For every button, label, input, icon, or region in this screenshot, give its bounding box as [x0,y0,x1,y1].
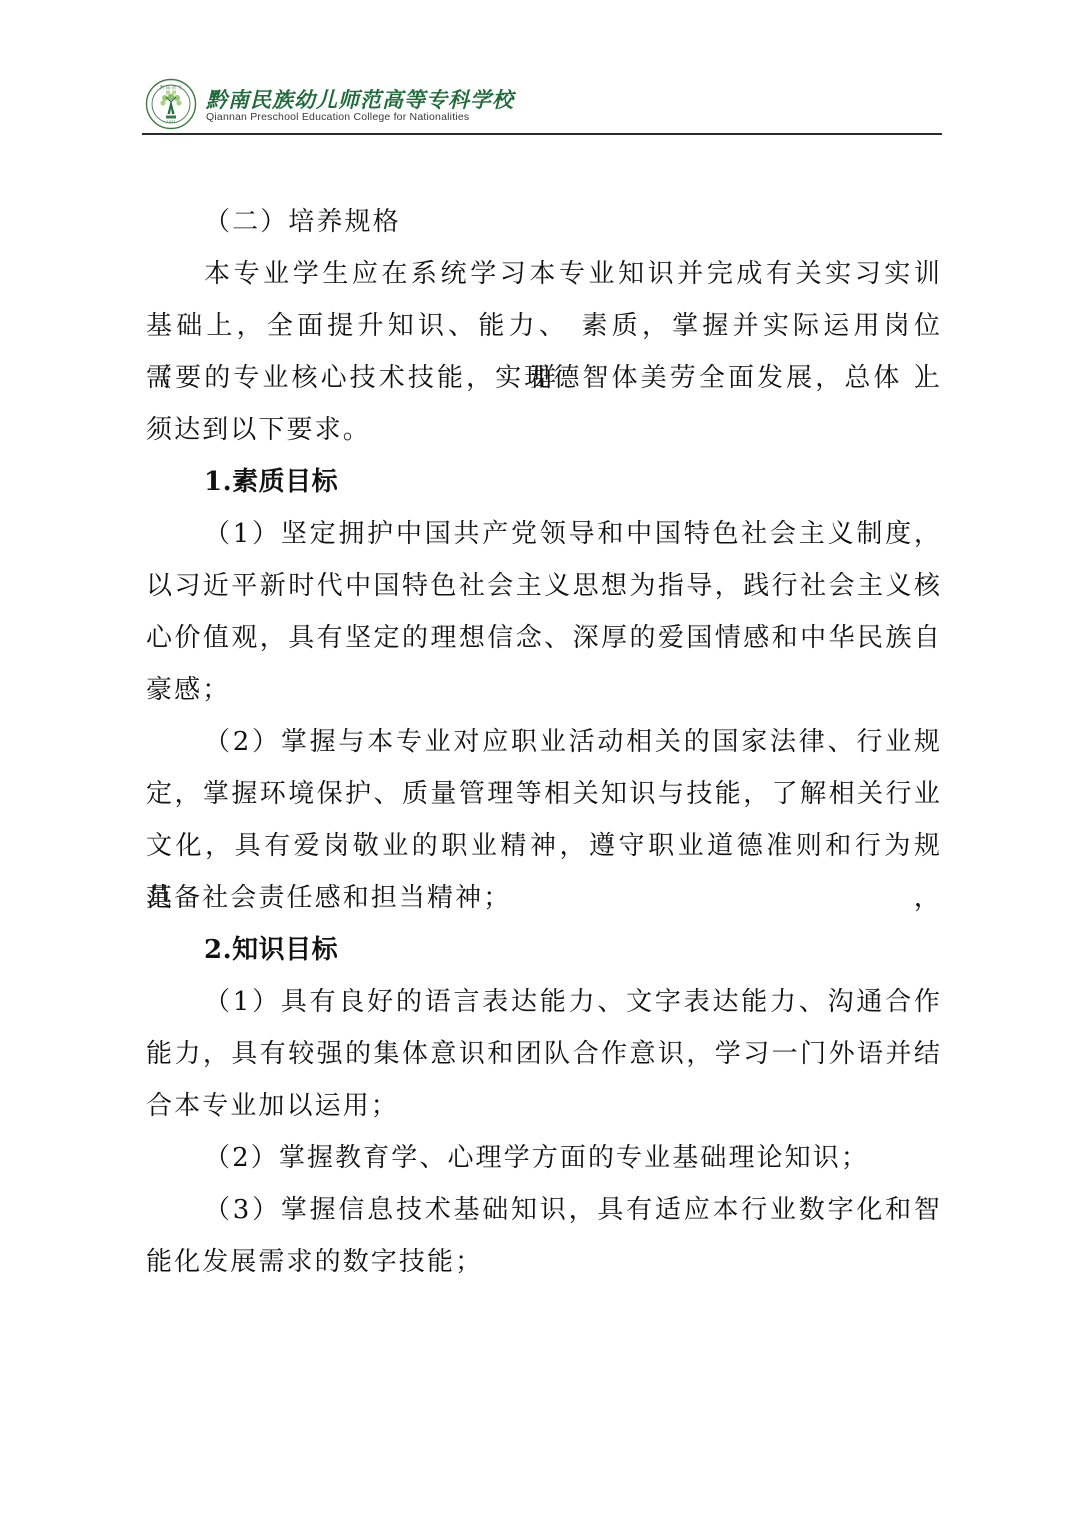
paragraph-line: （3）掌握信息技术基础知识，具有适应本行业数字化和智 [146,1184,942,1236]
school-emblem-icon: 黔 南 幼 专 1937 [145,78,197,130]
list-item: （3）掌握信息技术基础知识，具有适应本行业数字化和智 能化发展需求的数字技能； [146,1184,942,1288]
section-title: （二）培养规格 [146,196,942,248]
paragraph-line: 以习近平新时代中国特色社会主义思想为指导，践行社会主义核 [146,560,942,612]
paragraph-line: 能力，具有较强的集体意识和团队合作意识，学习一门外语并结 [146,1028,942,1080]
list-item: （2）掌握教育学、心理学方面的专业基础理论知识； [146,1132,942,1184]
subsection-heading-knowledge-goals: 2.知识目标 [146,924,942,976]
paragraph-line: 定，掌握环境保护、质量管理等相关知识与技能，了解相关行业 [146,768,942,820]
school-name-english: Qiannan Preschool Education College for … [206,111,469,123]
paragraph-line: （1）坚定拥护中国共产党领导和中国特色社会主义制度， [146,508,942,560]
school-name-chinese: 黔南民族幼儿师范高等专科学校 [206,84,514,114]
list-item: （1）具有良好的语言表达能力、文字表达能力、沟通合作 能力，具有较强的集体意识和… [146,976,942,1132]
document-body: （二）培养规格 本专业学生应在系统学习本专业知识并完成有关实习实训 基础上，全面… [146,196,942,1288]
paragraph-line: 本专业学生应在系统学习本专业知识并完成有关实习实训 [146,248,942,300]
intro-paragraph: 本专业学生应在系统学习本专业知识并完成有关实习实训 基础上，全面提升知识、能力、… [146,248,942,456]
paragraph-line: （1）具有良好的语言表达能力、文字表达能力、沟通合作 [146,976,942,1028]
list-item: （1）坚定拥护中国共产党领导和中国特色社会主义制度， 以习近平新时代中国特色社会… [146,508,942,716]
paragraph-line: 文化，具有爱岗敬业的职业精神，遵守职业道德准则和行为规范， [146,820,942,872]
paragraph-line: 豪感； [146,664,942,716]
paragraph-line: 能化发展需求的数字技能； [146,1236,942,1288]
document-header: 黔 南 幼 专 1937 黔南民族幼儿师范高等专科学校 Qiannan Pres… [142,78,942,134]
header-divider [142,133,942,135]
paragraph-line: 基础上，全面提升知识、能力、 素质，掌握并实际运用岗位（群） [146,300,942,352]
subsection-heading-quality-goals: 1.素质目标 [146,456,942,508]
list-item: （2）掌握与本专业对应职业活动相关的国家法律、行业规 定，掌握环境保护、质量管理… [146,716,942,924]
paragraph-line: 合本专业加以运用； [146,1080,942,1132]
paragraph-line: （2）掌握与本专业对应职业活动相关的国家法律、行业规 [146,716,942,768]
paragraph-line: （2）掌握教育学、心理学方面的专业基础理论知识； [146,1132,942,1184]
svg-text:黔 南 幼 专: 黔 南 幼 专 [160,84,183,91]
paragraph-line: 须达到以下要求。 [146,404,942,456]
svg-text:1937: 1937 [167,120,176,124]
paragraph-line: 需要的专业核心技术技能，实现德智体美劳全面发展，总体 上 [146,352,942,404]
paragraph-line: 心价值观，具有坚定的理想信念、深厚的爱国情感和中华民族自 [146,612,942,664]
